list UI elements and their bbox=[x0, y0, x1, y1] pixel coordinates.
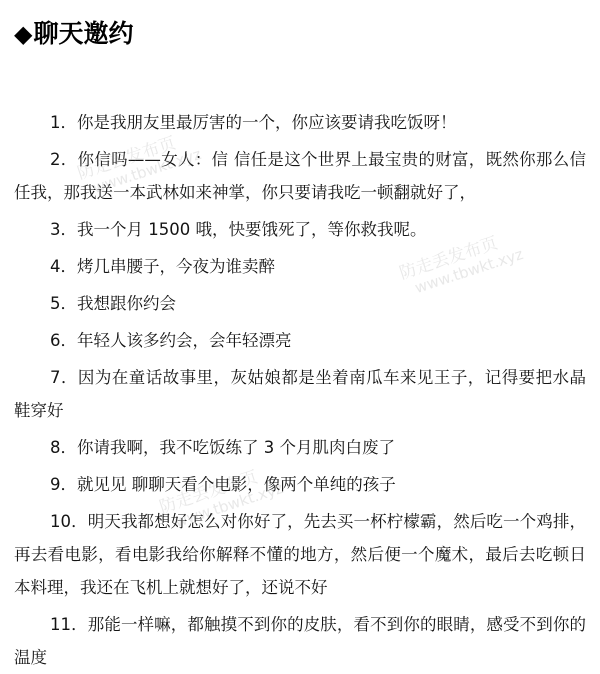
list-item: 6．年轻人该多约会，会年轻漂亮 bbox=[14, 324, 586, 357]
list-item: 8．你请我啊，我不吃饭练了 3 个月肌肉白废了 bbox=[14, 431, 586, 464]
invitation-list: 1．你是我朋友里最厉害的一个，你应该要请我吃饭呀！ 2．你信吗——女人：信 信任… bbox=[14, 106, 586, 674]
list-item: 11．那能一样嘛，都触摸不到你的皮肤，看不到你的眼睛，感受不到你的温度 bbox=[14, 608, 586, 674]
list-item: 2．你信吗——女人：信 信任是这个世界上最宝贵的财富，既然你那么信任我，那我送一… bbox=[14, 143, 586, 209]
list-item: 4．烤几串腰子，今夜为谁卖醉 bbox=[14, 250, 586, 283]
page-title: ◆聊天邀约 bbox=[14, 16, 133, 52]
page-title-text: 聊天邀约 bbox=[33, 19, 133, 48]
list-item: 3．我一个月 1500 哦，快要饿死了，等你救我呢。 bbox=[14, 213, 586, 246]
diamond-bullet-icon: ◆ bbox=[14, 20, 32, 48]
list-item: 7．因为在童话故事里，灰姑娘都是坐着南瓜车来见王子，记得要把水晶鞋穿好 bbox=[14, 361, 586, 427]
list-item: 1．你是我朋友里最厉害的一个，你应该要请我吃饭呀！ bbox=[14, 106, 586, 139]
list-item: 10．明天我都想好怎么对你好了，先去买一杯柠檬霸，然后吃一个鸡排，再去看电影，看… bbox=[14, 505, 586, 604]
list-item: 9．就见见 聊聊天看个电影，像两个单纯的孩子 bbox=[14, 468, 586, 501]
list-item: 5．我想跟你约会 bbox=[14, 287, 586, 320]
